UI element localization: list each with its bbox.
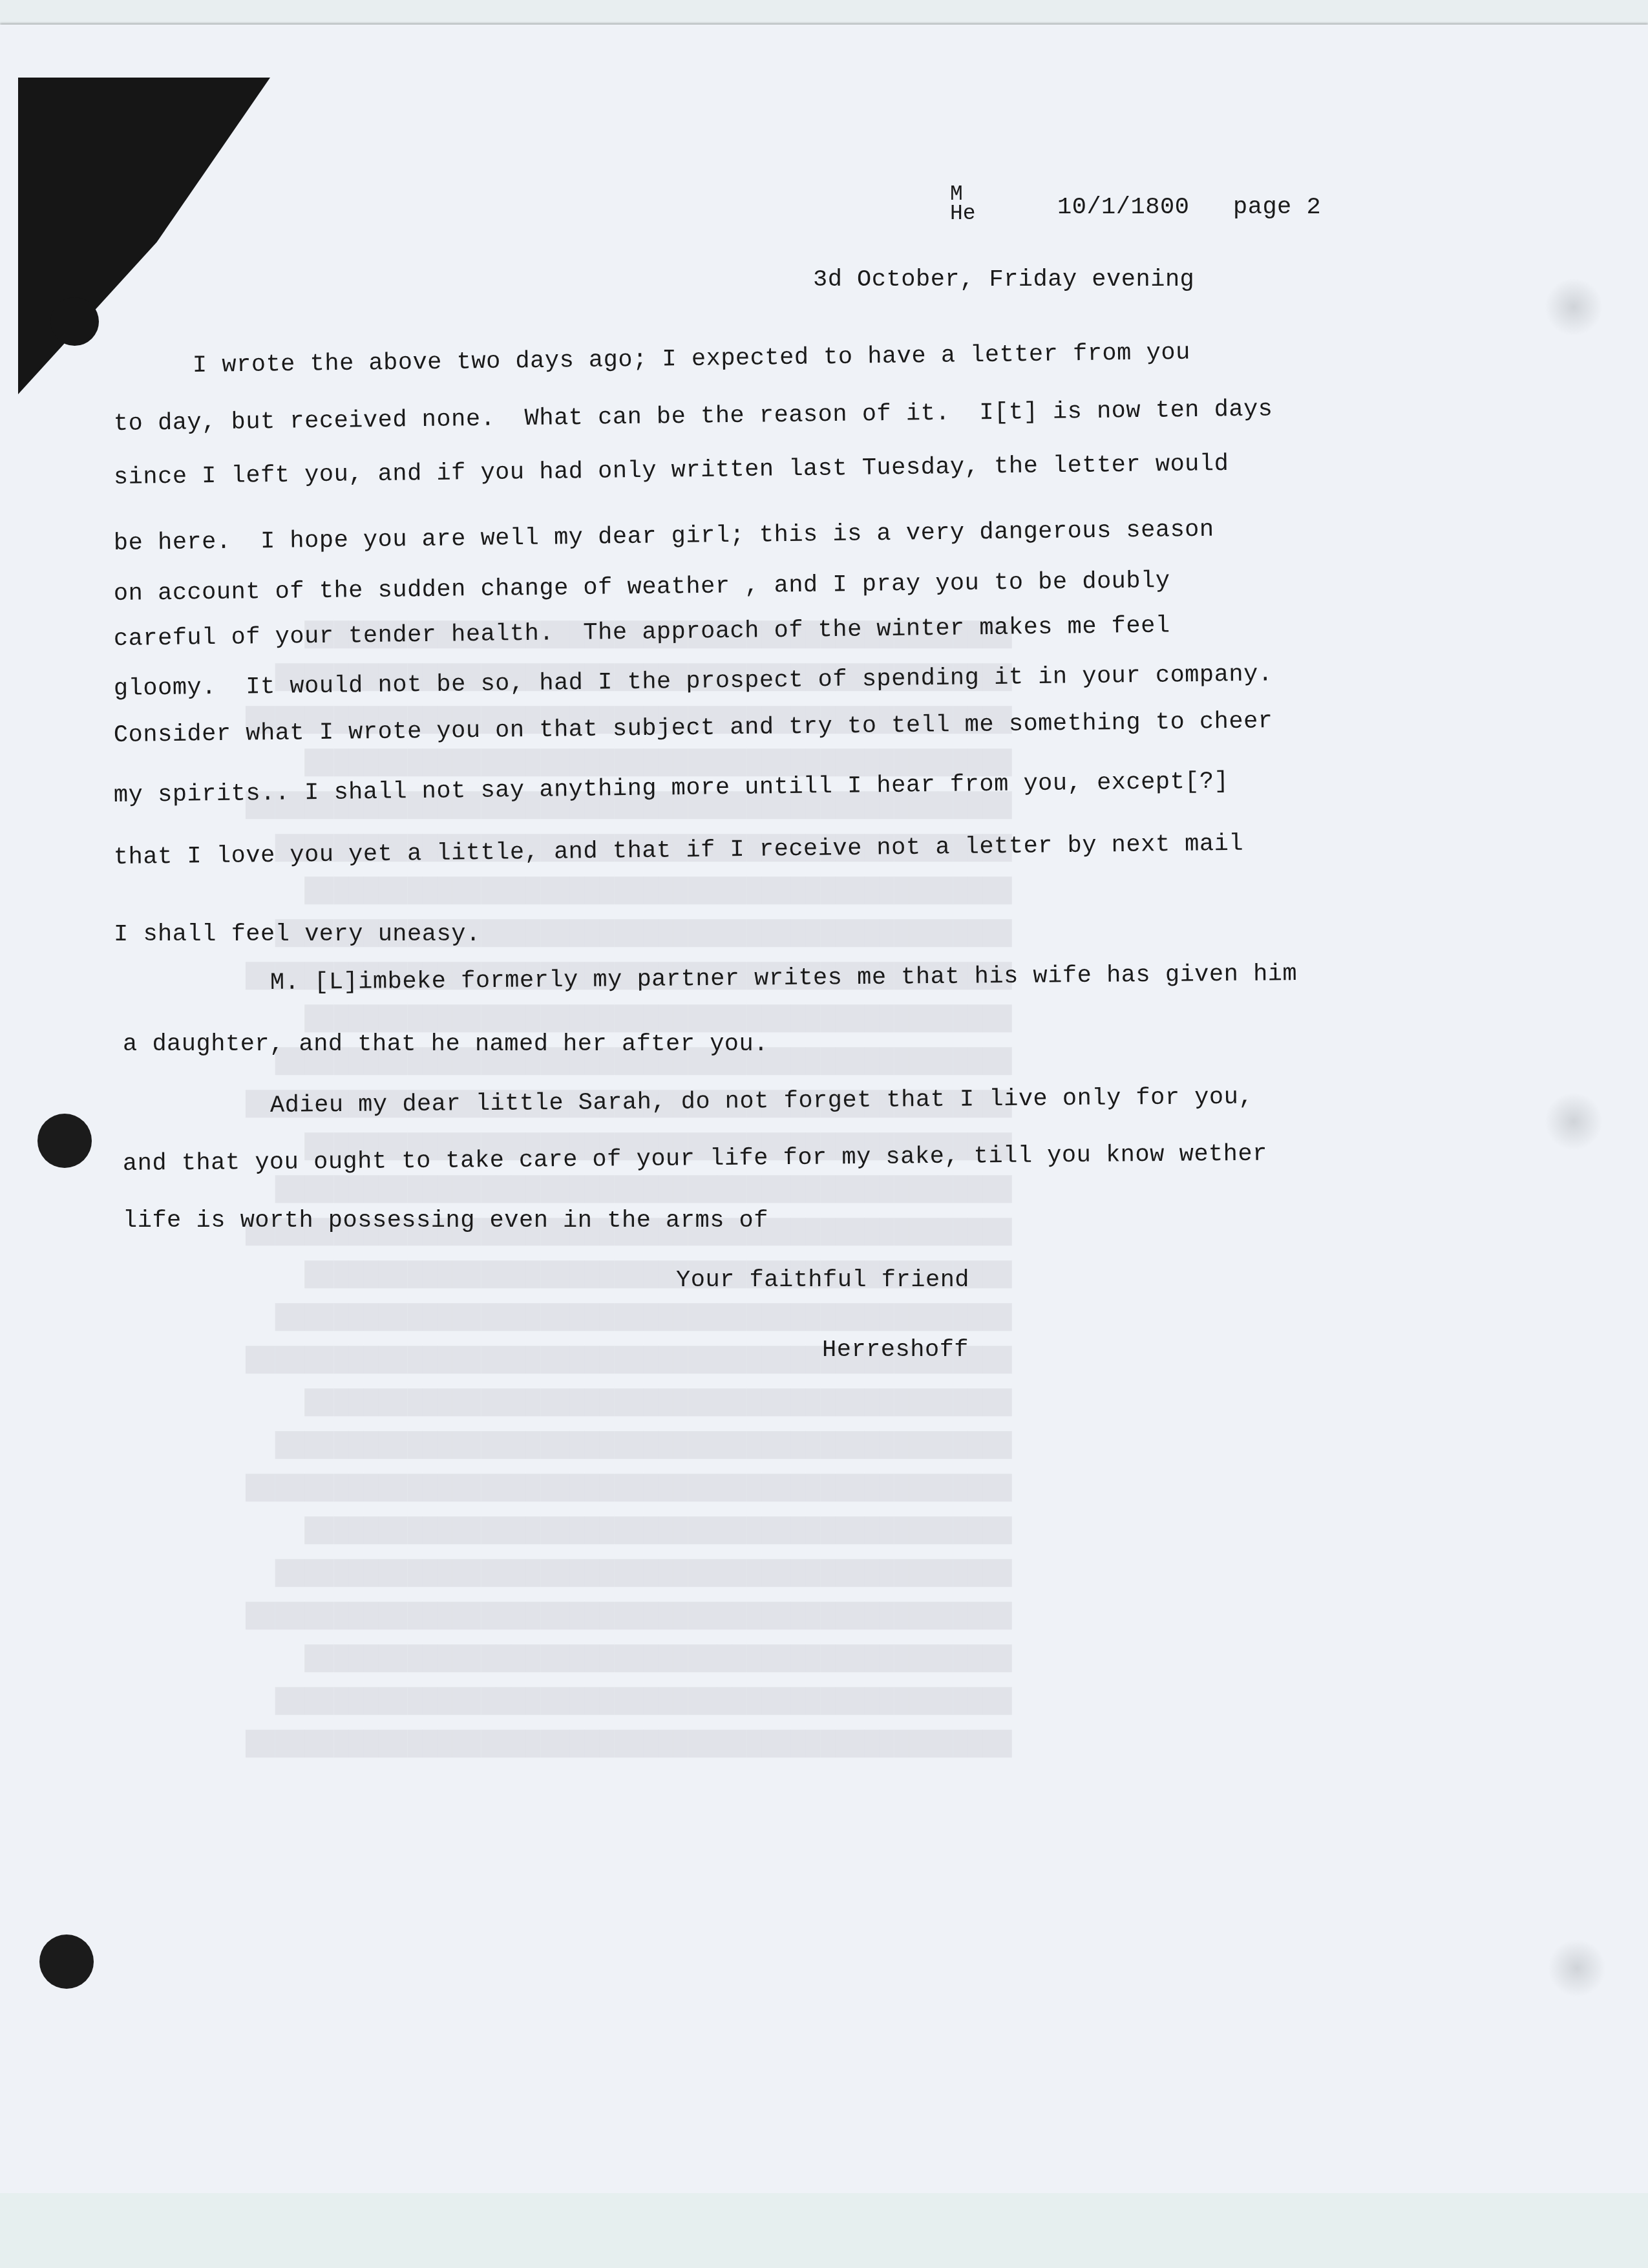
body-line: I shall feel very uneasy. <box>114 921 481 948</box>
bleed-hole-right-2 <box>1545 1092 1603 1150</box>
closing: Your faithful friend <box>676 1267 969 1294</box>
bleed-hole-right-1 <box>1545 278 1603 336</box>
body-line: life is worth possessing even in the arm… <box>123 1207 768 1235</box>
punch-hole-top <box>37 1114 92 1168</box>
bleed-hole-right-3 <box>1548 1939 1606 1997</box>
signature: Herreshoff <box>822 1337 969 1364</box>
scanner-bed <box>0 2193 1648 2268</box>
dateline: 3d October, Friday evening <box>813 266 1194 293</box>
body-line: a daughter, and that he named her after … <box>123 1031 768 1058</box>
corner-shadow-notch <box>50 297 99 346</box>
punch-hole-bottom <box>39 1934 94 1989</box>
archive-marker: M He <box>950 185 976 224</box>
archive-marker-bottom: He <box>950 204 976 224</box>
header-date: 10/1/1800 <box>1057 194 1189 221</box>
header-page-number: page 2 <box>1233 194 1321 221</box>
